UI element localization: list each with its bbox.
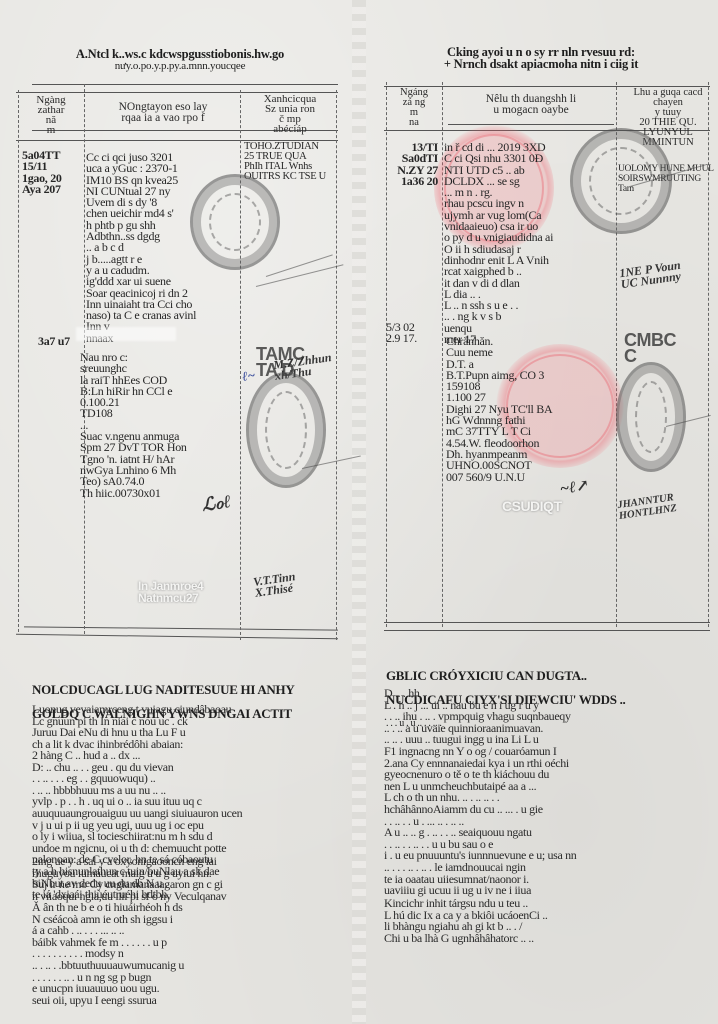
header-date: Ngáng zá ng m na [386, 88, 442, 128]
official-seal-gray-3 [570, 128, 672, 234]
official-seal-gray-1 [190, 174, 280, 270]
scan-artifact [76, 327, 176, 341]
row2-footer-stamp: In Janmroe4 Natnmcu27 [138, 580, 203, 604]
row1-date: 5a04TT 15/11 1gao, 20 Aya 207 [22, 150, 92, 195]
header-date: Ngàng zathar nă m [20, 95, 82, 135]
lower-right-paragraph-3: Kincichr inhit tárgsu ndu u teu .. L hú … [384, 898, 694, 944]
row1-registrar: TOHO.ZTUDIAN 25 TRUE QUA PhIh ITAL Wnhs … [244, 142, 344, 182]
heading-line-1: A.Ntcl k..ws.c kdcwspgusstiobonis.hw.go [30, 48, 330, 60]
right-page-heading: Cking ayoi u n o sy rr nln rvesuu rd: + … [386, 46, 696, 70]
official-seal-gray-2 [246, 372, 326, 488]
row2-initials: ℒℴℓ [201, 496, 231, 511]
right-registration-table: Ngáng zá ng m na Nêlu th duangshh li u m… [384, 78, 710, 638]
page-gutter [352, 0, 366, 1024]
lower-right-paragraph-2: F1 ingnacng nn Y o og / couaróamun I 2.a… [384, 746, 694, 897]
row1-date: 13/TI Sa0dTI N.ZY 27 1a36 20 [366, 142, 438, 187]
header-certification: Xanhcicqua Sz unia ron č mp abéciáp [244, 94, 336, 134]
title-line-1: NOLCDUCAGL LUG NADITESUUE HI ANHY [32, 684, 332, 696]
lower-right-paragraph-1: D .. . hh L . h .. j ... ui .. nau bu e … [384, 688, 694, 746]
row2-stamp-label: CMBC C [624, 332, 676, 364]
left-page-heading: A.Ntcl k..ws.c kdcwspgusstiobonis.hw.go … [30, 48, 330, 72]
signature-stroke [266, 254, 333, 277]
lower-left-paragraph-4: Ă ân th ne b e o ti hiuáirhéoh h ds N cs… [32, 902, 336, 1006]
heading-line-2: nưy.o.po.y.p.py.a.mnn.youcqee [30, 60, 330, 72]
heading-line-2: + Nrnch dsakt apiacmoha nitn i ciig it [386, 58, 696, 70]
row2-initials: ~ℓ↗ [559, 480, 590, 495]
row2-signature: JHANNTUR HONTLHNZ [617, 492, 678, 522]
official-seal-gray-4 [616, 362, 686, 472]
row1-signature: 1NE P Voun UC Nunnny [619, 260, 683, 290]
left-registration-table: Ngàng zathar nă m NOngtayon eso lay rqaa… [16, 80, 338, 640]
row2-signature: V.T.Tinn X.Thisé [253, 571, 298, 599]
row2-footer-stamp: CSUDIQT [502, 498, 562, 514]
row1-initials: ℓ~ [241, 369, 255, 382]
lower-left-paragraph-1: Luonug vevaiamrceng t vuiagu ciundâbaoau… [32, 704, 336, 750]
row2-content: Nau nro c: sreuunghc la raiT hhEes COD B… [80, 352, 240, 499]
header-content: Nêlu th duangshh li u mogacn oaybe [448, 94, 614, 116]
title-line-1: GBLIC CRÓYXICIU CAN DUGTA.. [386, 670, 696, 682]
row2-content: Chrănhăn. Cuu neme D.T. a B.T.Pupn aimg,… [446, 336, 618, 483]
header-content: NOngtayon eso lay rqaa ia a vao rpo f [88, 102, 238, 124]
lower-left-paragraph-3: 2ing ue y a sal y a oxyonigaooncn eng ia… [32, 856, 336, 902]
